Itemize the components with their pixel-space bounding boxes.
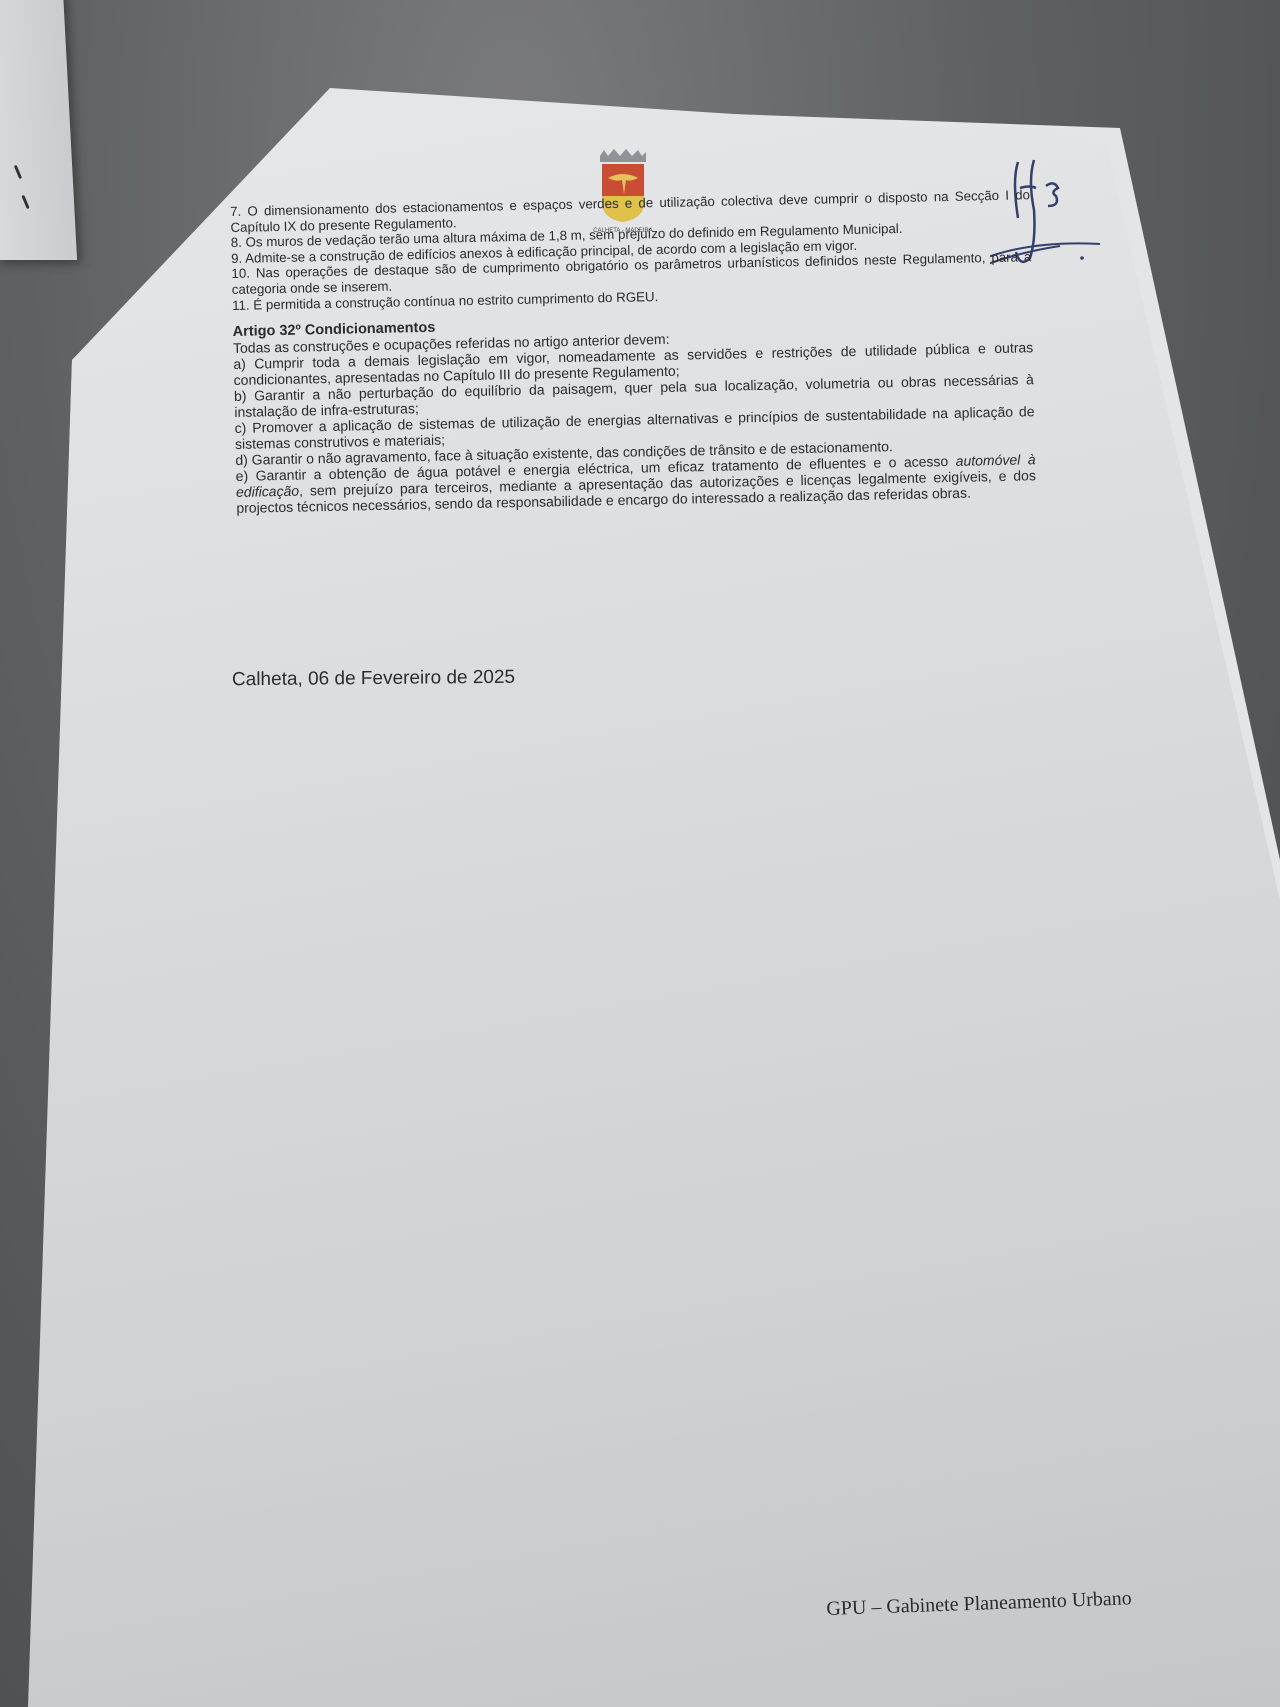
document-body: 7. O dimensionamento dos estacionamentos… <box>230 187 1036 516</box>
background-paper-sheet <box>0 0 77 260</box>
date-line: Calheta, 06 de Fevereiro de 2025 <box>232 667 515 691</box>
